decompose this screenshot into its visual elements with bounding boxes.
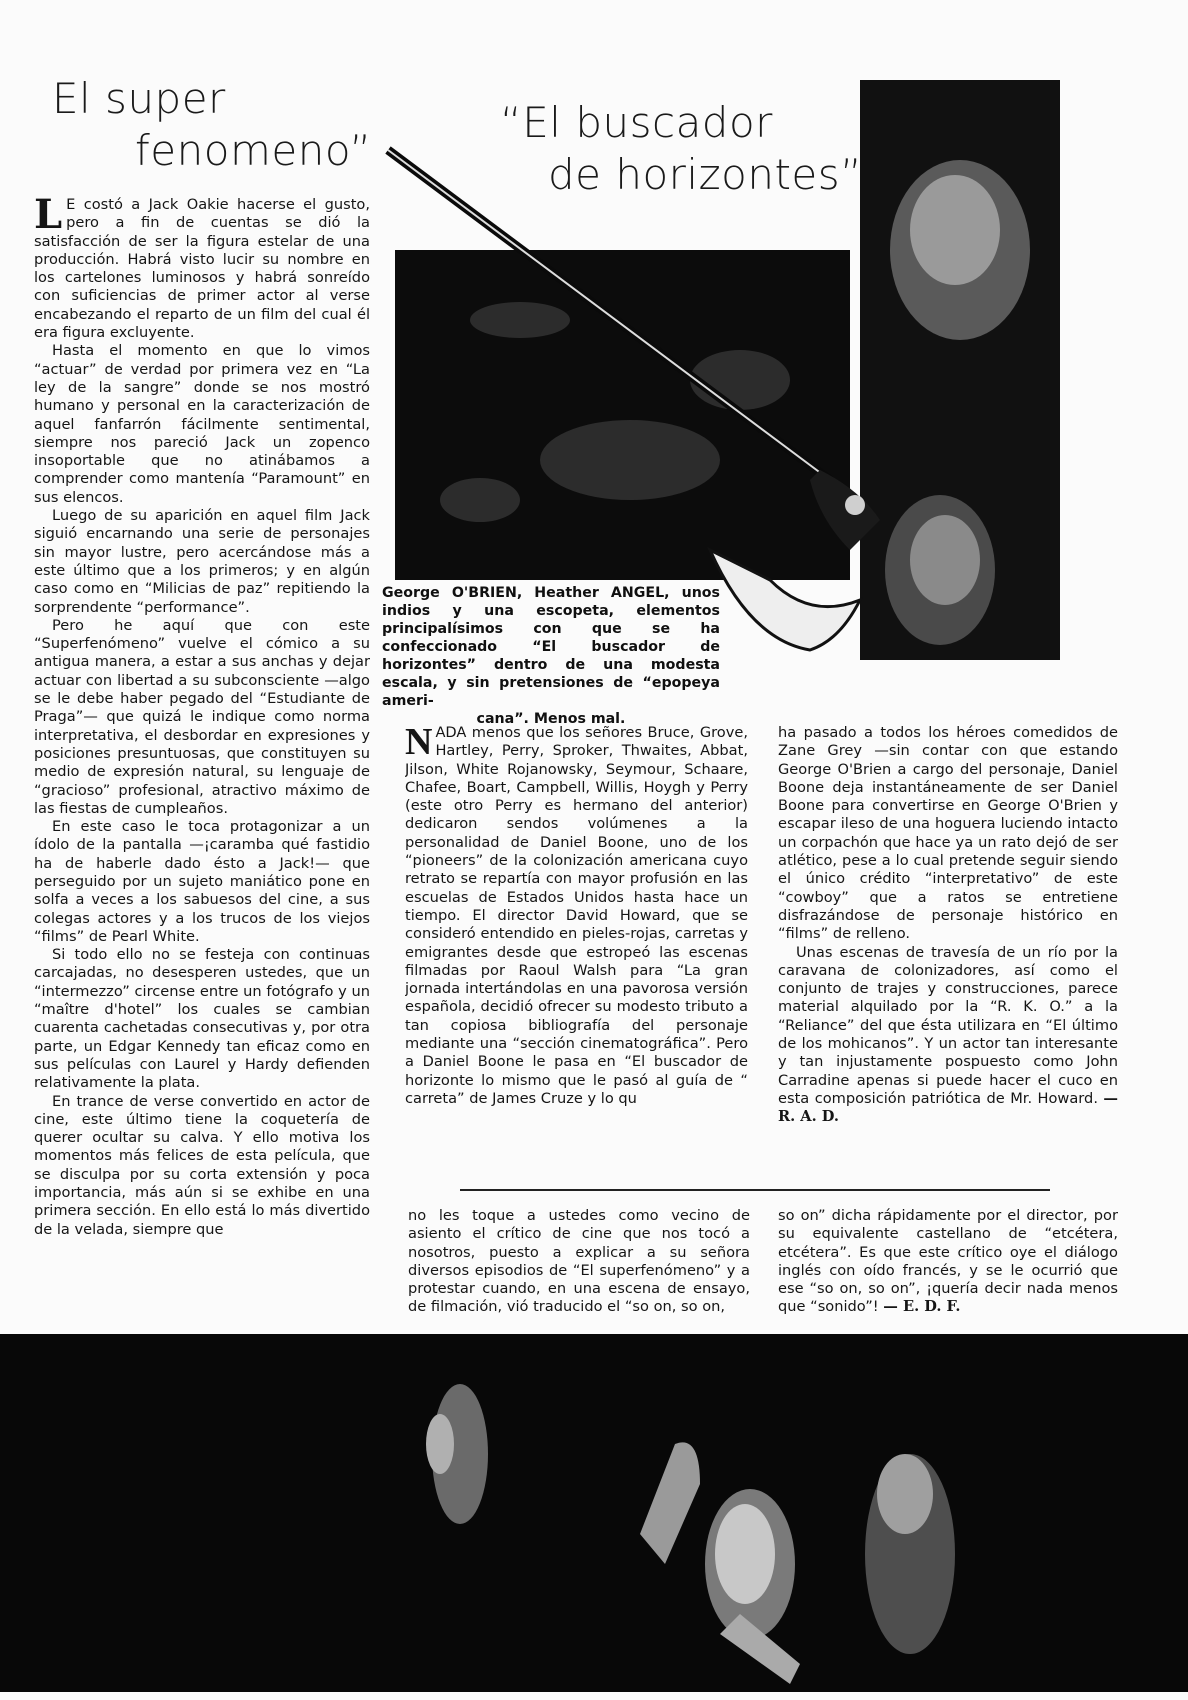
dropcap-l: L bbox=[34, 198, 62, 232]
film-still-faces-icon bbox=[0, 1334, 1188, 1692]
left-article-continuation-mid: no les toque a ustedes como vecino de as… bbox=[408, 1207, 750, 1317]
right-article-paragraph: ha pasado a todos los héroes comedidos d… bbox=[778, 724, 1118, 944]
left-article-title-line2: fenomeno” bbox=[135, 126, 372, 176]
left-article-paragraph: Si todo ello no se festeja con continuas… bbox=[34, 946, 370, 1092]
continuation-paragraph: no les toque a ustedes como vecino de as… bbox=[408, 1207, 750, 1317]
paragraph-text: Unas escenas de travesía de un río por l… bbox=[778, 944, 1118, 1107]
left-article-continuation-right: so on” dicha rápidamente por el director… bbox=[778, 1207, 1118, 1317]
right-article-column-2: ha pasado a todos los héroes comedidos d… bbox=[778, 724, 1118, 1127]
right-article-paragraph: NADA menos que los señores Bruce, Grove,… bbox=[405, 724, 748, 1108]
photo-caption-text: George O'BRIEN, Heather ANGEL, unos indi… bbox=[382, 585, 720, 709]
paragraph-text: ADA menos que los señores Bruce, Grove, … bbox=[405, 724, 748, 1107]
left-article-paragraph: LE costó a Jack Oakie hacerse el gusto, … bbox=[34, 196, 370, 342]
paragraph-text: E costó a Jack Oakie hacerse el gusto, p… bbox=[34, 196, 370, 341]
right-article-column-1: NADA menos que los señores Bruce, Grove,… bbox=[405, 724, 748, 1169]
left-article-paragraph: Luego de su aparición en aquel film Jack… bbox=[34, 507, 370, 617]
left-article-paragraph: En este caso le toca protagonizar a un í… bbox=[34, 818, 370, 946]
bottom-photo bbox=[0, 1334, 1188, 1692]
left-article-paragraph: Pero he aquí que con este “Superfenómeno… bbox=[34, 617, 370, 818]
photo-caption: George O'BRIEN, Heather ANGEL, unos indi… bbox=[382, 584, 720, 728]
dropcap-n: N bbox=[405, 726, 432, 758]
continuation-paragraph: so on” dicha rápidamente por el director… bbox=[778, 1207, 1118, 1317]
left-article-paragraph: En trance de verse convertido en actor d… bbox=[34, 1093, 370, 1239]
left-article-title-line1: El super bbox=[52, 74, 226, 124]
article-divider bbox=[460, 1189, 1050, 1191]
right-article-paragraph: Unas escenas de travesía de un río por l… bbox=[778, 944, 1118, 1127]
left-article-column: LE costó a Jack Oakie hacerse el gusto, … bbox=[34, 196, 370, 1326]
left-article-paragraph: Hasta el momento en que lo vimos “actuar… bbox=[34, 342, 370, 507]
signature-edf: — E. D. F. bbox=[883, 1298, 960, 1315]
